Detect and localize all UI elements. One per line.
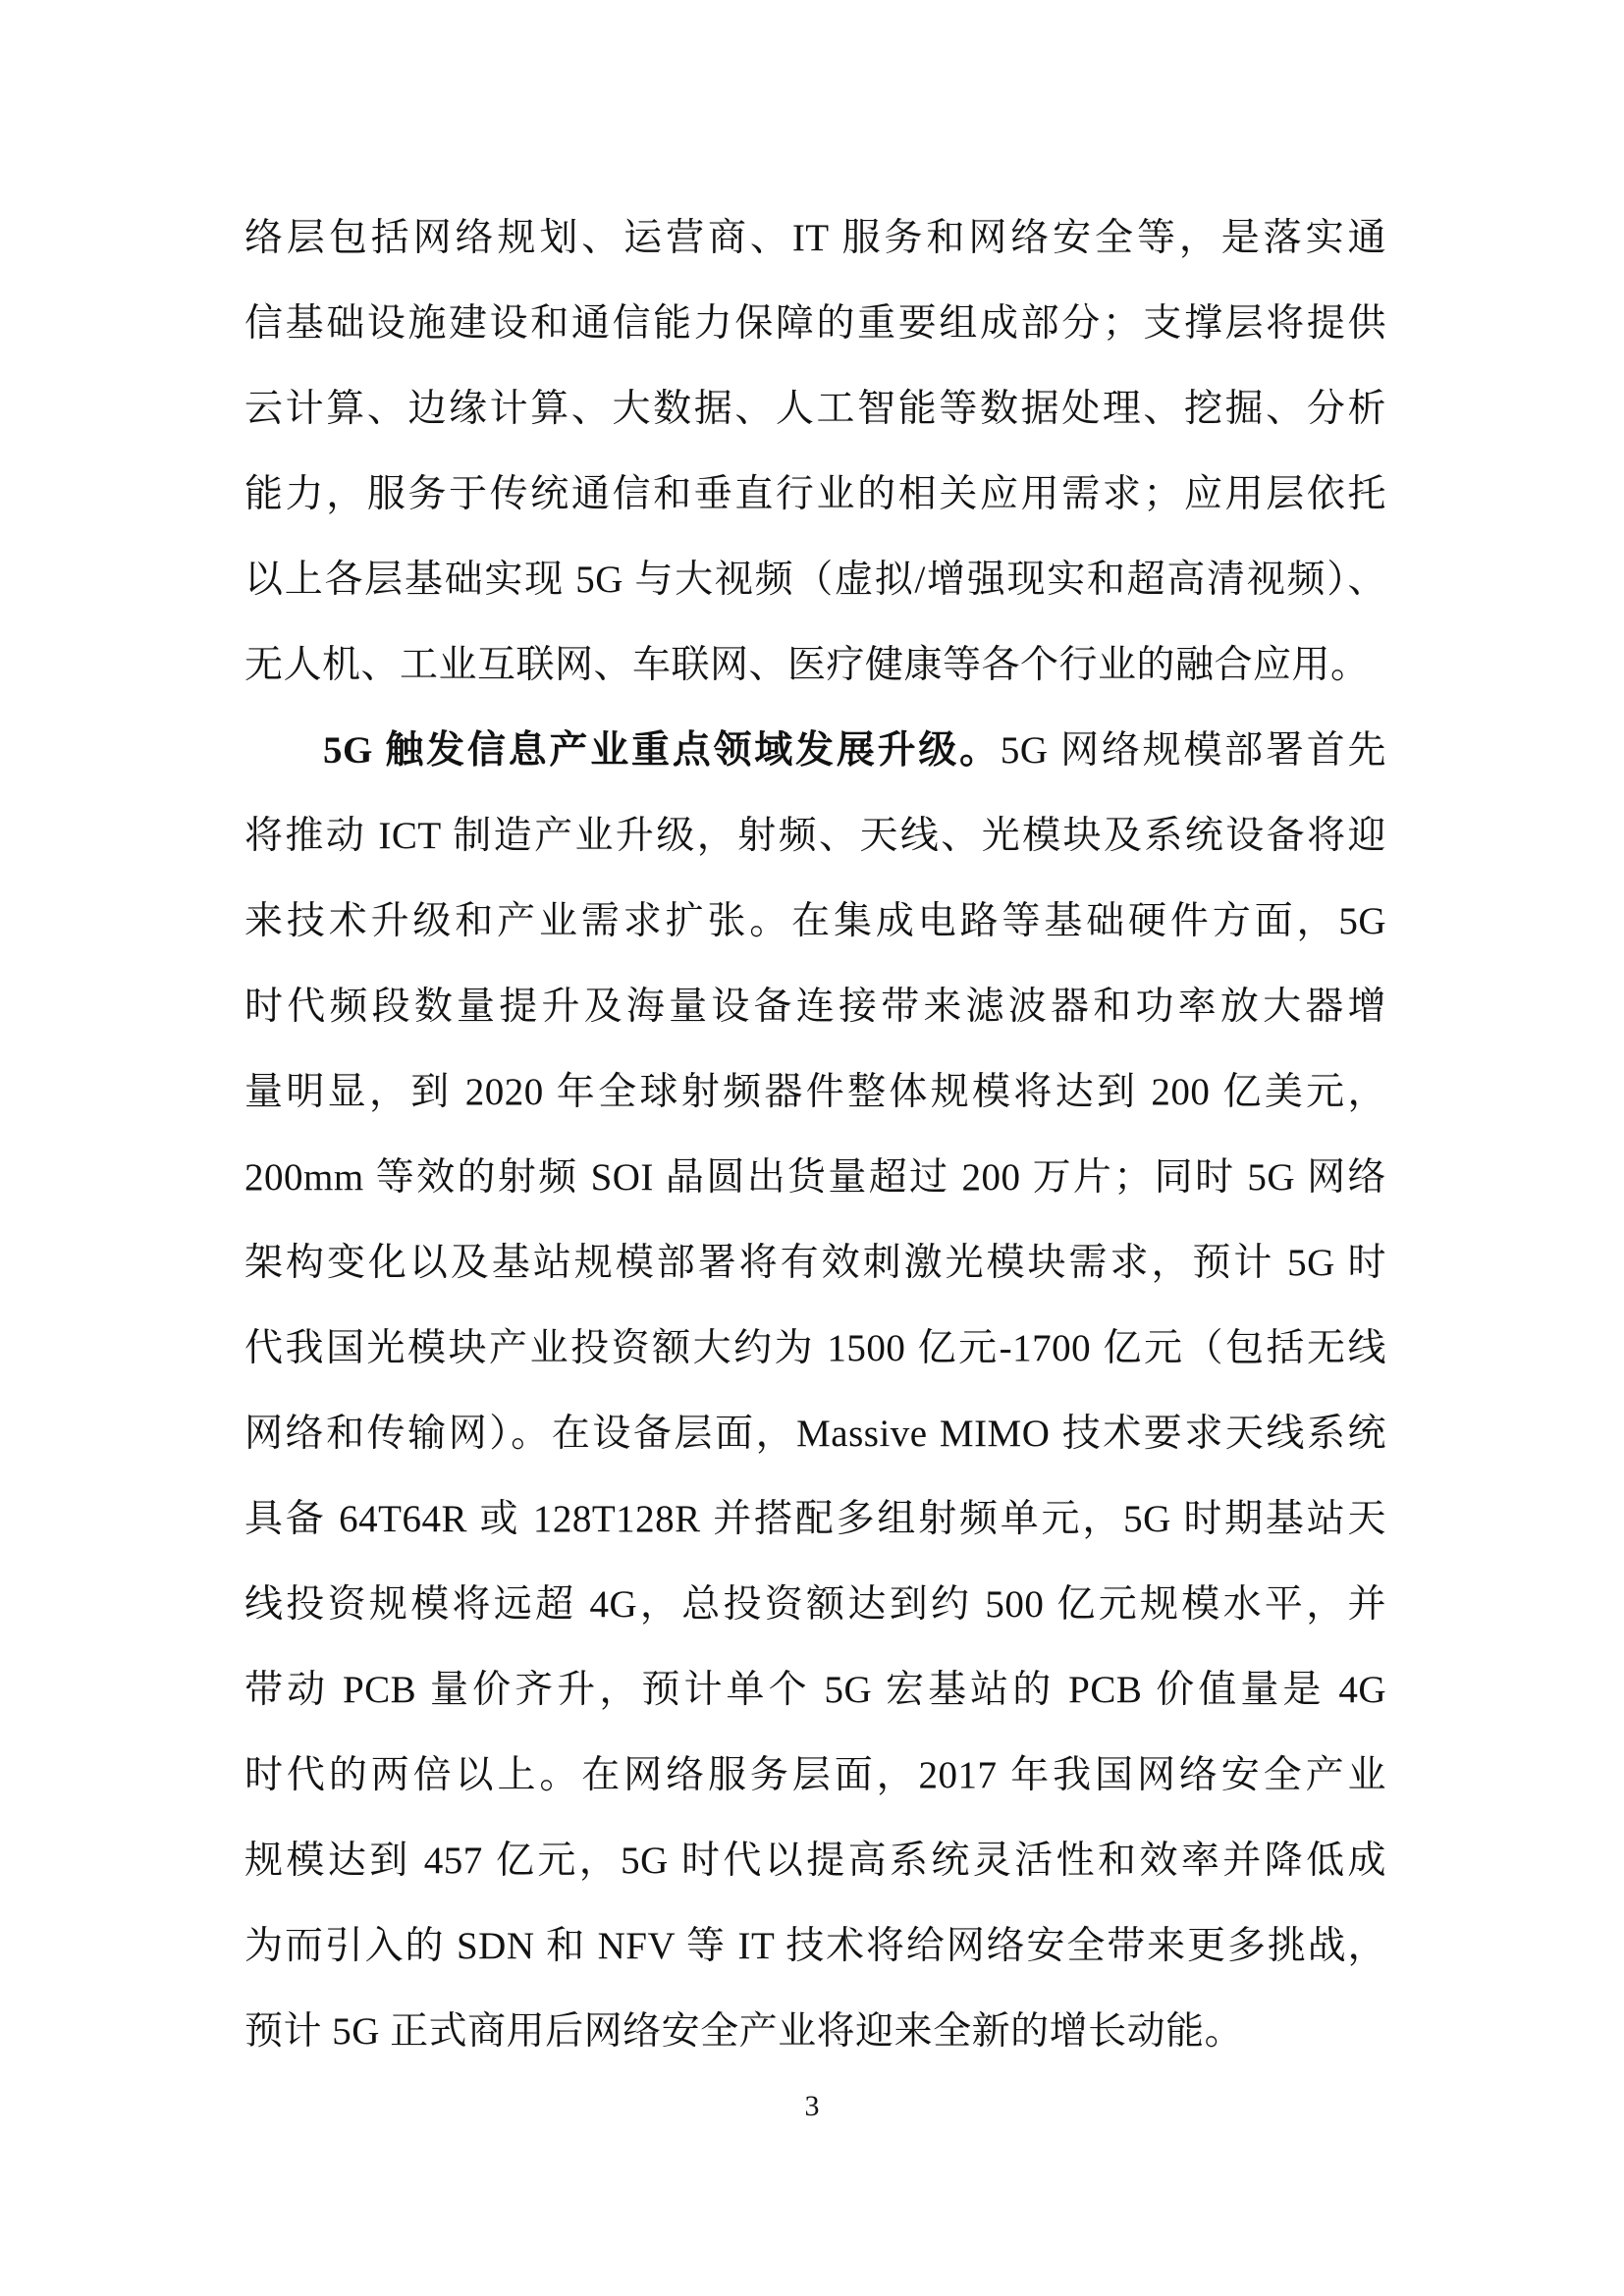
page-number: 3 [0, 2089, 1624, 2124]
text-line: 量明显，到 2020 年全球射频器件整体规模将达到 200 亿美元， [244, 1049, 1386, 1135]
text-line: 为而引入的 SDN 和 NFV 等 IT 技术将给网络安全带来更多挑战， [244, 1903, 1386, 1989]
text-line: 时代的两倍以上。在网络服务层面，2017 年我国网络安全产业 [244, 1733, 1386, 1818]
text-line: 云计算、边缘计算、大数据、人工智能等数据处理、挖掘、分析 [244, 366, 1386, 452]
text-line: 络层包括网络规划、运营商、IT 服务和网络安全等，是落实通 [244, 195, 1386, 281]
text-line: 代我国光模块产业投资额大约为 1500 亿元-1700 亿元（包括无线 [244, 1306, 1386, 1391]
text-line: 网络和传输网）。在设备层面，Massive MIMO 技术要求天线系统 [244, 1391, 1386, 1476]
text-line: 200mm 等效的射频 SOI 晶圆出货量超过 200 万片；同时 5G 网络 [244, 1135, 1386, 1220]
text-line: 以上各层基础实现 5G 与大视频（虚拟/增强现实和超高清视频）、 [244, 537, 1386, 622]
text-line: 来技术升级和产业需求扩张。在集成电路等基础硬件方面，5G [244, 879, 1386, 964]
text-line: 能力，服务于传统通信和垂直行业的相关应用需求；应用层依托 [244, 452, 1386, 537]
text-line: 时代频段数量提升及海量设备连接带来滤波器和功率放大器增 [244, 964, 1386, 1049]
document-page: 络层包括网络规划、运营商、IT 服务和网络安全等，是落实通 信基础设施建设和通信… [0, 0, 1624, 2296]
text-line: 规模达到 457 亿元，5G 时代以提高系统灵活性和效率并降低成 [244, 1818, 1386, 1903]
text-line-paragraph-start: 5G 触发信息产业重点领域发展升级。5G 网络规模部署首先 [244, 708, 1386, 793]
text-line: 具备 64T64R 或 128T128R 并搭配多组射频单元，5G 时期基站天 [244, 1476, 1386, 1562]
paragraph2-lead-rest: 5G 网络规模部署首先 [1001, 729, 1386, 772]
text-line: 线投资规模将远超 4G，总投资额达到约 500 亿元规模水平，并 [244, 1562, 1386, 1647]
text-line-paragraph-end: 预计 5G 正式商用后网络安全产业将迎来全新的增长动能。 [244, 1989, 1386, 2074]
text-line: 架构变化以及基站规模部署将有效刺激光模块需求，预计 5G 时 [244, 1220, 1386, 1306]
text-line: 带动 PCB 量价齐升，预计单个 5G 宏基站的 PCB 价值量是 4G [244, 1647, 1386, 1733]
text-line-paragraph-end: 无人机、工业互联网、车联网、医疗健康等各个行业的融合应用。 [244, 622, 1386, 708]
text-line: 信基础设施建设和通信能力保障的重要组成部分；支撑层将提供 [244, 281, 1386, 366]
paragraph2-lead-bold: 5G 触发信息产业重点领域发展升级。 [323, 729, 1001, 772]
text-line: 将推动 ICT 制造产业升级，射频、天线、光模块及系统设备将迎 [244, 793, 1386, 879]
body-text: 络层包括网络规划、运营商、IT 服务和网络安全等，是落实通 信基础设施建设和通信… [244, 195, 1386, 2074]
